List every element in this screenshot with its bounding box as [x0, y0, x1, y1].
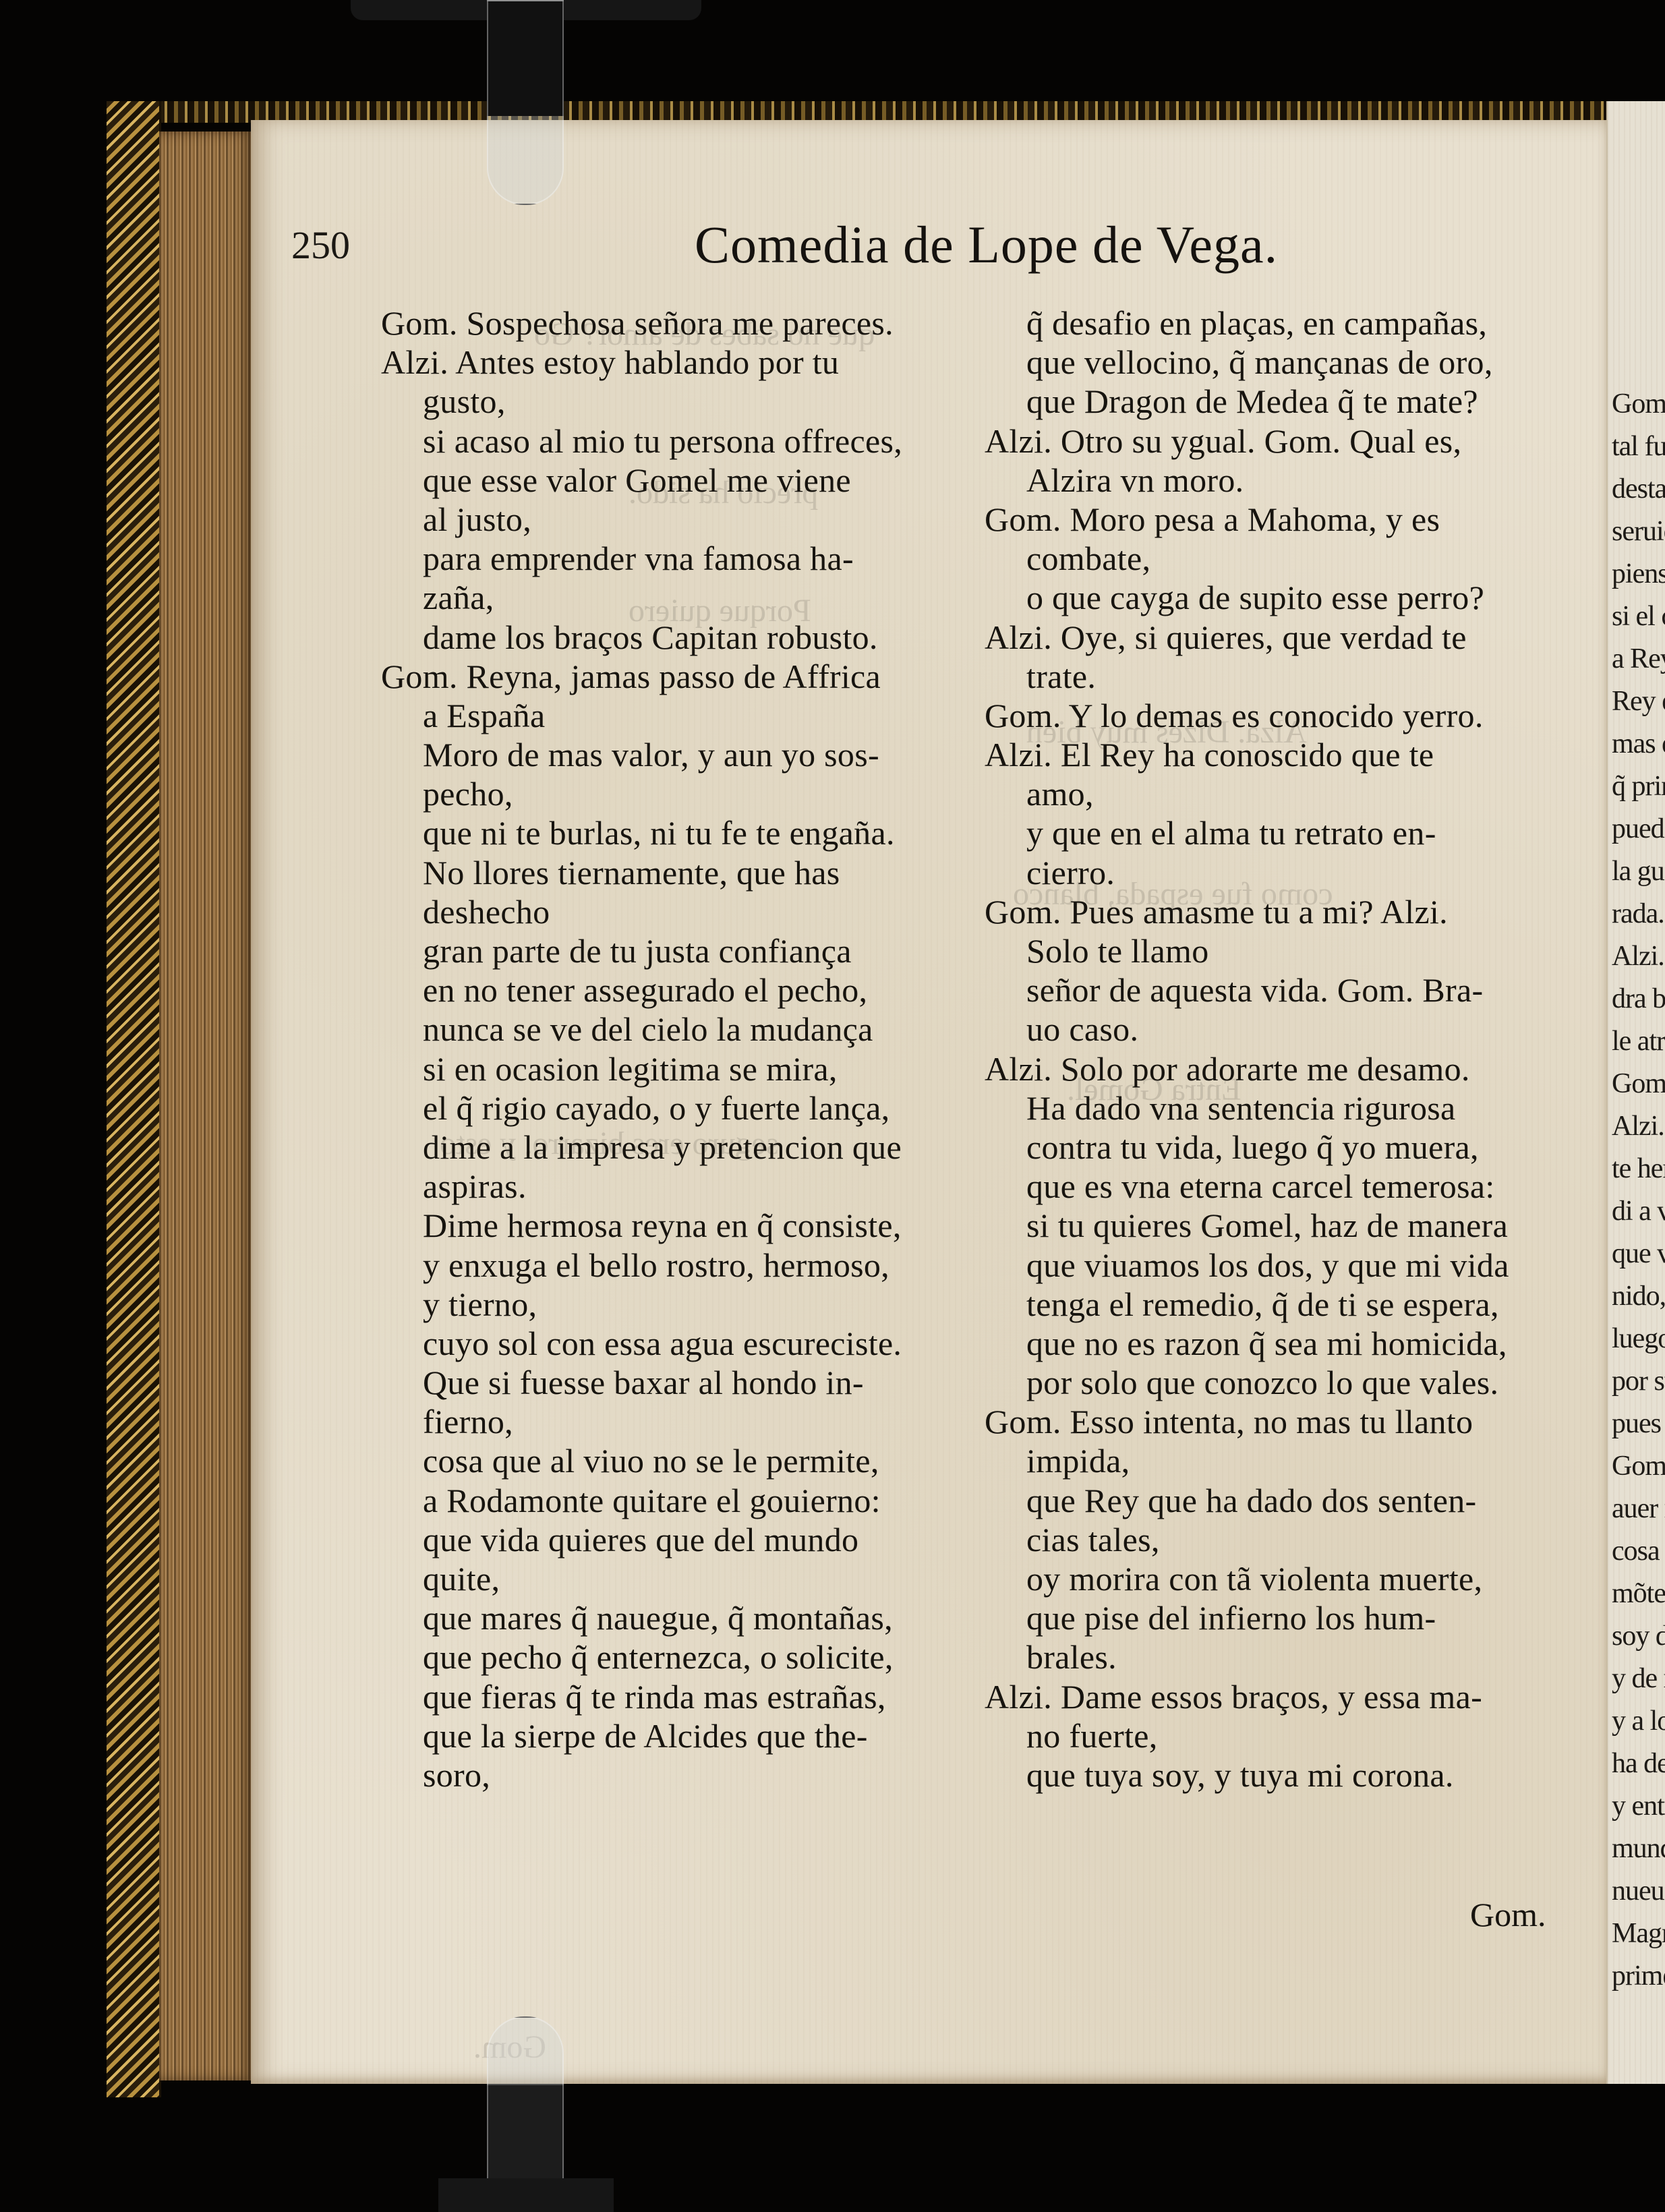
text-line: que mares q̃ nauegue, q̃ montañas, — [388, 1598, 974, 1637]
text-line: soro, — [388, 1755, 974, 1795]
text-line: Alzi. Dame essos braços, y essa ma- — [985, 1677, 1585, 1716]
adjacent-page-line: mas de la — [1612, 728, 1665, 760]
adjacent-page-line: desta m — [1612, 473, 1665, 505]
text-line: Gom. Moro pesa a Mahoma, y es — [985, 500, 1585, 539]
text-line: Que si fuesse baxar al hondo in- — [388, 1363, 974, 1402]
adjacent-page-line: Alzi. Luego — [1612, 940, 1665, 972]
adjacent-page-line: Rey e d — [1612, 685, 1665, 718]
adjacent-page-edge: Gom. Qtal fuedesta mseruiciopienso,si el… — [1606, 101, 1665, 2084]
text-line: No llores tiernamente, que has — [388, 853, 974, 892]
text-line: cuyo sol con essa agua escureciste. — [388, 1324, 974, 1363]
text-line: Gom. Y lo demas es conocido yerro. — [985, 696, 1585, 735]
text-line: trate. — [991, 657, 1585, 696]
text-line: no fuerte, — [991, 1716, 1585, 1755]
text-line: a Rodamonte quitare el gouierno: — [388, 1481, 974, 1520]
adjacent-page-line: y a los pa — [1612, 1705, 1665, 1737]
text-line: uo caso. — [991, 1010, 1585, 1049]
text-line: que no es razon q̃ sea mi homicida, — [991, 1324, 1585, 1363]
text-line: Dime hermosa reyna en q̃ consiste, — [388, 1206, 974, 1245]
adjacent-page-line: puede ten — [1612, 813, 1665, 845]
adjacent-page-line: la guerra — [1612, 855, 1665, 887]
adjacent-page-line: que vn esf — [1612, 1238, 1665, 1270]
text-line: o que cayga de supito esse perro? — [991, 578, 1585, 617]
adjacent-page-line: primero — [1612, 1960, 1665, 1992]
text-column-left: Gom. Sospechosa señora me pareces.Alzi. … — [388, 303, 974, 1795]
text-line: pecho, — [388, 774, 974, 813]
text-line: que vellocino, q̃ mançanas de oro, — [991, 343, 1585, 382]
text-line: señor de aquesta vida. Gom. Bra- — [991, 970, 1585, 1010]
adjacent-page-line: soy de la — [1612, 1620, 1665, 1652]
adjacent-page-line: cosa con c — [1612, 1535, 1665, 1567]
text-line: cierro. — [991, 853, 1585, 892]
text-line: Gom. Sospechosa señora me pareces. — [381, 303, 974, 343]
text-line: brales. — [991, 1637, 1585, 1677]
adjacent-page-line: y entre — [1612, 1790, 1665, 1822]
adjacent-page-line: pues con e — [1612, 1407, 1665, 1440]
text-line: que esse valor Gomel me viene — [388, 461, 974, 500]
text-line: por solo que conozco lo que vales. — [991, 1363, 1585, 1402]
text-line: que es vna eterna carcel temerosa: — [991, 1167, 1585, 1206]
text-line: gran parte de tu justa confiança — [388, 931, 974, 970]
text-line: tenga el remedio, q̃ de ti se espera, — [991, 1285, 1585, 1324]
adjacent-page-line: Gom. Por M — [1612, 1068, 1665, 1100]
text-line: contra tu vida, luego q̃ yo muera, — [991, 1128, 1585, 1167]
text-line: Gom. Reyna, jamas passo de Affrica — [381, 657, 974, 696]
gilt-cover-edge — [107, 101, 161, 2097]
adjacent-page-line: dra baxe, — [1612, 983, 1665, 1015]
adjacent-page-line: auer mañ — [1612, 1492, 1665, 1525]
text-line: dime a la impresa y pretencion que — [388, 1128, 974, 1167]
text-line: Alzi. Antes estoy hablando por tu — [381, 343, 974, 382]
book-page-edges — [159, 132, 254, 2080]
text-line: amo, — [991, 774, 1585, 813]
adjacent-page-line: mõte har — [1612, 1577, 1665, 1610]
text-line: deshecho — [388, 892, 974, 931]
adjacent-page-line: pienso, — [1612, 558, 1665, 590]
text-line: cias tales, — [991, 1520, 1585, 1559]
adjacent-page-line: nido, — [1612, 1280, 1665, 1312]
text-line: que tuya soy, y tuya mi corona. — [991, 1755, 1585, 1795]
text-line: gusto, — [388, 382, 974, 421]
adjacent-page-line: por su Re — [1612, 1365, 1665, 1397]
text-line: que Dragon de Medea q̃ te mate? — [991, 382, 1585, 421]
text-column-right: q̃ desafio en plaças, en campañas,que ve… — [991, 303, 1585, 1795]
text-line: que vida quieres que del mundo — [388, 1520, 974, 1559]
text-line: que Rey que ha dado dos senten- — [991, 1481, 1585, 1520]
text-line: fierno, — [388, 1402, 974, 1441]
adjacent-page-line: nueuas R — [1612, 1875, 1665, 1907]
text-line: para emprender vna famosa ha- — [388, 539, 974, 578]
adjacent-page-line: si el cielo — [1612, 600, 1665, 633]
text-line: quite, — [388, 1559, 974, 1598]
text-line: zaña, — [388, 578, 974, 617]
text-line: Ha dado vna sentencia rigurosa — [991, 1088, 1585, 1128]
text-line: Alzi. Solo por adorarte me desamo. — [985, 1049, 1585, 1088]
text-line: el q̃ rigio cayado, o y fuerte lança, — [388, 1088, 974, 1128]
adjacent-page-line: luego har — [1612, 1322, 1665, 1355]
text-line: Solo te llamo — [991, 931, 1585, 970]
text-line: que pecho q̃ enternezca, o solicite, — [388, 1637, 974, 1677]
adjacent-page-line: Alzi. En vie — [1612, 1110, 1665, 1142]
text-line: oy morira con tã violenta muerte, — [991, 1559, 1585, 1598]
catchword: Gom. — [1470, 1895, 1546, 1934]
adjacent-page-line: te herido — [1612, 1153, 1665, 1185]
text-line: y enxuga el bello rostro, hermoso, — [388, 1246, 974, 1285]
running-head: Comedia de Lope de Vega. — [695, 214, 1278, 275]
adjacent-page-line: rada. — [1612, 898, 1664, 930]
text-line: combate, — [991, 539, 1585, 578]
text-line: cosa que al viuo no se le permite, — [388, 1441, 974, 1480]
adjacent-page-line: a Rey a — [1612, 643, 1665, 675]
text-line: aspiras. — [388, 1167, 974, 1206]
text-line: Alzi. Oye, si quieres, que verdad te — [985, 618, 1585, 657]
text-line: si en ocasion legitima se mira, — [388, 1049, 974, 1088]
text-line: Gom. Pues amasme tu a mi? Alzi. — [985, 892, 1585, 931]
adjacent-page-line: Gom. Q — [1612, 388, 1665, 420]
text-line: al justo, — [388, 500, 974, 539]
text-line: nunca se ve del cielo la mudança — [388, 1010, 974, 1049]
text-line: si acaso al mio tu persona offreces, — [388, 421, 974, 461]
page-clip-top — [487, 0, 564, 205]
text-line: si tu quieres Gomel, haz de manera — [991, 1206, 1585, 1245]
adjacent-page-line: q̃ princip — [1612, 770, 1665, 803]
text-line: q̃ desafio en plaças, en campañas, — [991, 303, 1585, 343]
text-line: que viuamos los dos, y que mi vida — [991, 1246, 1585, 1285]
adjacent-page-line: le atrauie — [1612, 1025, 1665, 1057]
text-line: Moro de mas valor, y aun yo sos- — [388, 735, 974, 774]
adjacent-page-line: y de mi p — [1612, 1662, 1665, 1695]
text-line: Alzi. El Rey ha conoscido que te — [985, 735, 1585, 774]
text-line: a España — [388, 696, 974, 735]
adjacent-page-line: Gom. Dexa — [1612, 1450, 1665, 1482]
text-line: en no tener assegurado el pecho, — [388, 970, 974, 1010]
text-line: Alzira vn moro. — [991, 461, 1585, 500]
text-line: que pise del infierno los hum- — [991, 1598, 1585, 1637]
text-line: y que en el alma tu retrato en- — [991, 813, 1585, 852]
text-line: Alzi. Otro su ygual. Gom. Qual es, — [985, 421, 1585, 461]
text-line: dame los braços Capitan robusto. — [388, 618, 974, 657]
adjacent-page-line: tal fue — [1612, 430, 1665, 463]
adjacent-page-line: di a vozes — [1612, 1195, 1665, 1227]
page-number: 250 — [291, 223, 350, 268]
text-line: que ni te burlas, ni tu fe te engaña. — [388, 813, 974, 852]
adjacent-page-line: mundo, — [1612, 1832, 1665, 1865]
page-clip-bottom-holder — [438, 2178, 614, 2212]
text-line: que la sierpe de Alcides que the- — [388, 1716, 974, 1755]
text-line: que fieras q̃ te rinda mas estrañas, — [388, 1677, 974, 1716]
text-line: y tierno, — [388, 1285, 974, 1324]
adjacent-page-line: Magno, — [1612, 1917, 1665, 1950]
text-line: impida, — [991, 1441, 1585, 1480]
adjacent-page-line: seruicio — [1612, 515, 1665, 548]
adjacent-page-line: ha de re — [1612, 1747, 1665, 1780]
text-line: Gom. Esso intenta, no mas tu llanto — [985, 1402, 1585, 1441]
